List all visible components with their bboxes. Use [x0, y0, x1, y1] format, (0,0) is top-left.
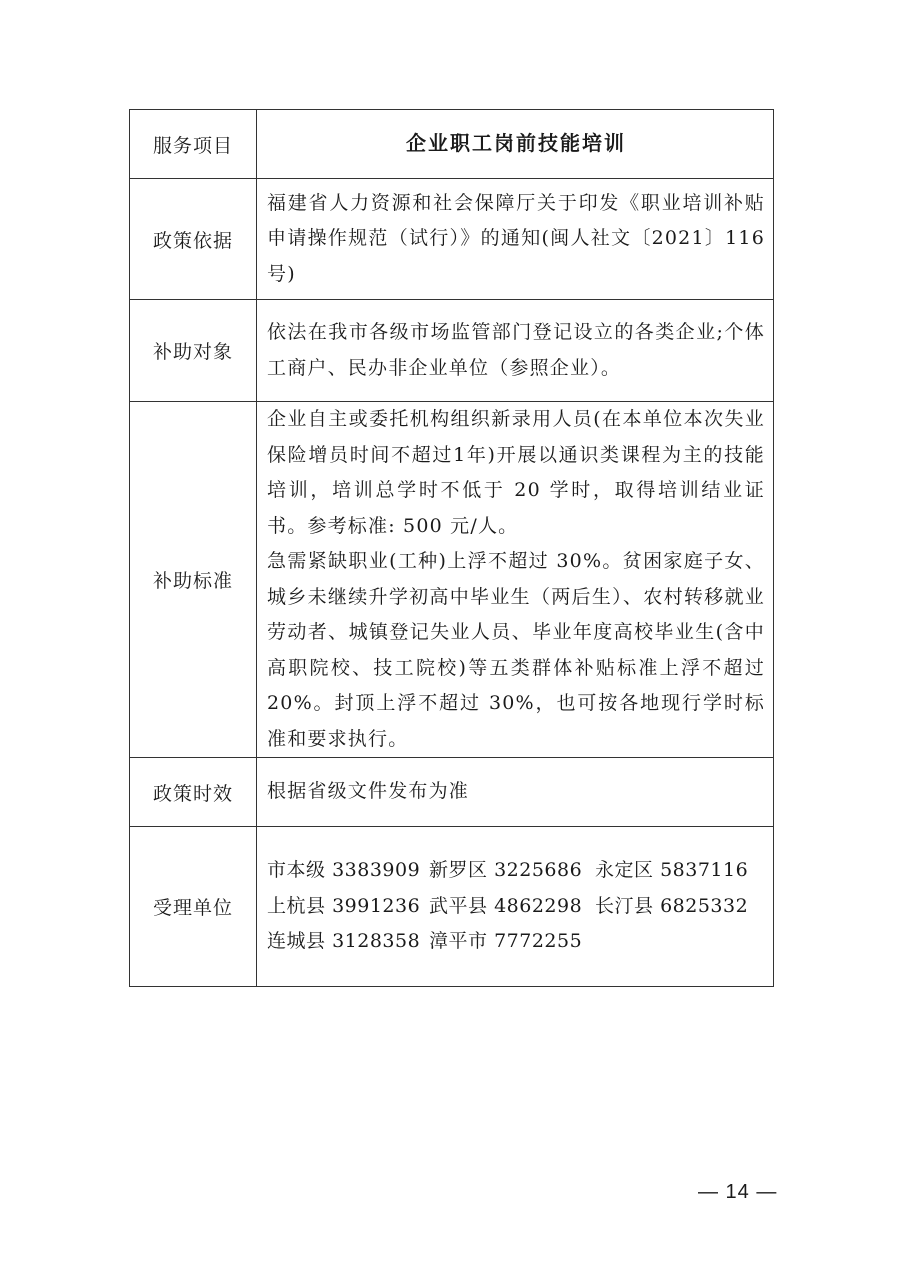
subsidy-standard-paragraph: 企业自主或委托机构组织新录用人员(在本单位本次失业保险增员时间不超过1年)开展以…	[267, 402, 765, 544]
label-service-item: 服务项目	[130, 110, 257, 179]
unit-entry: 长汀县 6825332	[595, 889, 765, 925]
label-accepting-units: 受理单位	[130, 827, 257, 987]
unit-entry: 连城县 3128358	[267, 924, 429, 960]
document-page: 服务项目 企业职工岗前技能培训 政策依据 福建省人力资源和社会保障厅关于印发《职…	[0, 0, 900, 1273]
label-policy-basis: 政策依据	[130, 179, 257, 300]
label-subsidy-standard: 补助标准	[130, 402, 257, 758]
label-subsidy-target: 补助对象	[130, 300, 257, 402]
row-service-item: 服务项目 企业职工岗前技能培训	[130, 110, 774, 179]
subsidy-standard-cell: 企业自主或委托机构组织新录用人员(在本单位本次失业保险增员时间不超过1年)开展以…	[257, 402, 774, 758]
row-subsidy-standard: 补助标准 企业自主或委托机构组织新录用人员(在本单位本次失业保险增员时间不超过1…	[130, 402, 774, 758]
unit-entry: 漳平市 7772255	[429, 924, 595, 960]
unit-entry: 市本级 3383909	[267, 853, 429, 889]
unit-entry: 武平县 4862298	[429, 889, 595, 925]
label-policy-validity: 政策时效	[130, 758, 257, 827]
subsidy-target-text: 依法在我市各级市场监管部门登记设立的各类企业;个体工商户、民办非企业单位（参照企…	[257, 300, 774, 402]
row-accepting-units: 受理单位 市本级 3383909 新罗区 3225686 永定区 5837116…	[130, 827, 774, 987]
row-policy-validity: 政策时效 根据省级文件发布为准	[130, 758, 774, 827]
unit-entry: 上杭县 3991236	[267, 889, 429, 925]
policy-basis-text: 福建省人力资源和社会保障厅关于印发《职业培训补贴申请操作规范（试行）》的通知(闽…	[257, 179, 774, 300]
page-number: — 14 —	[698, 1181, 777, 1204]
row-policy-basis: 政策依据 福建省人力资源和社会保障厅关于印发《职业培训补贴申请操作规范（试行）》…	[130, 179, 774, 300]
unit-entry: 新罗区 3225686	[429, 853, 595, 889]
accepting-units-list: 市本级 3383909 新罗区 3225686 永定区 5837116 上杭县 …	[267, 853, 765, 960]
subsidy-standard-paragraph: 急需紧缺职业(工种)上浮不超过 30%。贫困家庭子女、城乡未继续升学初高中毕业生…	[267, 544, 765, 757]
policy-table: 服务项目 企业职工岗前技能培训 政策依据 福建省人力资源和社会保障厅关于印发《职…	[129, 109, 774, 987]
row-subsidy-target: 补助对象 依法在我市各级市场监管部门登记设立的各类企业;个体工商户、民办非企业单…	[130, 300, 774, 402]
service-title: 企业职工岗前技能培训	[257, 110, 774, 179]
accepting-units-cell: 市本级 3383909 新罗区 3225686 永定区 5837116 上杭县 …	[257, 827, 774, 987]
unit-entry: 永定区 5837116	[595, 853, 765, 889]
policy-validity-text: 根据省级文件发布为准	[257, 758, 774, 827]
